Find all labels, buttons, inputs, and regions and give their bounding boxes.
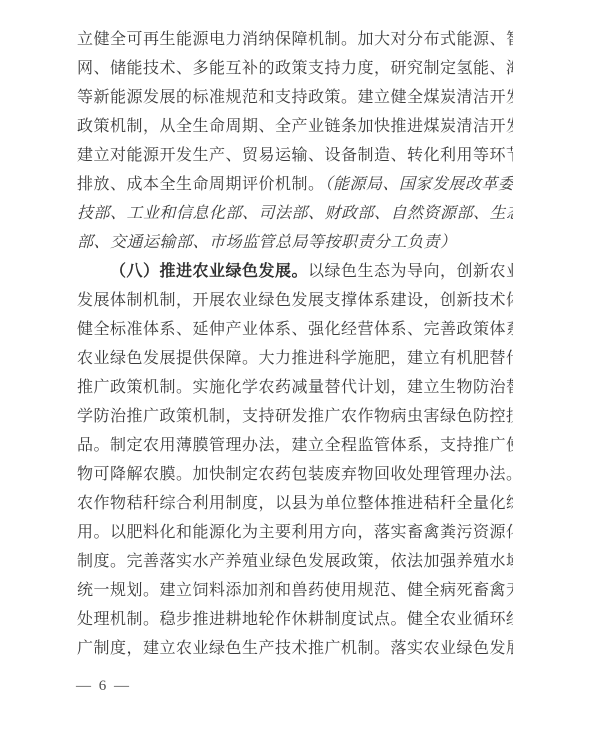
text-line: 学防治推广政策机制，支持研发推广农作物病虫害绿色防控技术产 bbox=[77, 402, 513, 431]
responsible-departments: （能源局、国家发展改革委、科 bbox=[325, 176, 513, 193]
text-line: 技部、工业和信息化部、司法部、财政部、自然资源部、生态环境 bbox=[77, 199, 513, 228]
text-line: 制度。完善落实水产养殖业绿色发展政策，依法加强养殖水域滩涂 bbox=[77, 547, 513, 576]
document-body: 立健全可再生能源电力消纳保障机制。加大对分布式能源、智能电网、储能技术、多能互补… bbox=[77, 25, 513, 663]
text-line: 排放、成本全生命周期评价机制。（能源局、国家发展改革委、科 bbox=[77, 170, 513, 199]
text-line: 物可降解农膜。加快制定农药包装废弃物回收处理管理办法。完善 bbox=[77, 460, 513, 489]
body-text: 处理机制。稳步推进耕地轮作休耕制度试点。健全农业循环经济推 bbox=[77, 611, 513, 628]
body-text: 立健全可再生能源电力消纳保障机制。加大对分布式能源、智能电 bbox=[77, 31, 513, 48]
responsible-departments: 部、交通运输部、市场监管总局等按职责分工负责） bbox=[77, 234, 457, 251]
body-text: 以绿色生态为导向，创新农业绿色 bbox=[308, 263, 513, 280]
text-line: 发展体制机制，开展农业绿色发展支撑体系建设，创新技术体系、 bbox=[77, 286, 513, 315]
text-line: 农业绿色发展提供保障。大力推进科学施肥，建立有机肥替代化肥 bbox=[77, 344, 513, 373]
text-line: 建立对能源开发生产、贸易运输、设备制造、转化利用等环节能耗、 bbox=[77, 141, 513, 170]
body-text: 学防治推广政策机制，支持研发推广农作物病虫害绿色防控技术产 bbox=[77, 408, 513, 425]
text-line: （八）推进农业绿色发展。以绿色生态为导向，创新农业绿色 bbox=[77, 257, 513, 286]
body-text: 农作物秸秆综合利用制度，以县为单位整体推进秸秆全量化综合利 bbox=[77, 495, 513, 512]
document-page: 立健全可再生能源电力消纳保障机制。加大对分布式能源、智能电网、储能技术、多能互补… bbox=[0, 0, 591, 731]
text-line: 网、储能技术、多能互补的政策支持力度，研究制定氢能、海洋能 bbox=[77, 54, 513, 83]
text-line: 政策机制，从全生命周期、全产业链条加快推进煤炭清洁开发利用。 bbox=[77, 112, 513, 141]
body-text: 发展体制机制，开展农业绿色发展支撑体系建设，创新技术体系、 bbox=[77, 292, 513, 309]
text-line: 等新能源发展的标准规范和支持政策。建立健全煤炭清洁开发利用 bbox=[77, 83, 513, 112]
body-text: 政策机制，从全生命周期、全产业链条加快推进煤炭清洁开发利用。 bbox=[77, 118, 513, 135]
text-line: 广制度，建立农业绿色生产技术推广机制。落实农业绿色发展税收 bbox=[77, 634, 513, 663]
body-text: 等新能源发展的标准规范和支持政策。建立健全煤炭清洁开发利用 bbox=[77, 89, 513, 106]
body-text: 品。制定农用薄膜管理办法，建立全程监管体系，支持推广使用生 bbox=[77, 437, 513, 454]
text-line: 推广政策机制。实施化学农药减量替代计划，建立生物防治替代化 bbox=[77, 373, 513, 402]
text-line: 处理机制。稳步推进耕地轮作休耕制度试点。健全农业循环经济推 bbox=[77, 605, 513, 634]
body-text: 健全标准体系、延伸产业体系、强化经营体系、完善政策体系，为 bbox=[77, 321, 513, 338]
body-text: 物可降解农膜。加快制定农药包装废弃物回收处理管理办法。完善 bbox=[77, 466, 513, 483]
responsible-departments: 技部、工业和信息化部、司法部、财政部、自然资源部、生态环境 bbox=[77, 205, 513, 222]
page-number: — 6 — bbox=[76, 676, 131, 696]
text-line: 立健全可再生能源电力消纳保障机制。加大对分布式能源、智能电 bbox=[77, 25, 513, 54]
section-heading: （八）推进农业绿色发展。 bbox=[110, 263, 308, 280]
body-text: 建立对能源开发生产、贸易运输、设备制造、转化利用等环节能耗、 bbox=[77, 147, 513, 164]
body-text: 广制度，建立农业绿色生产技术推广机制。落实农业绿色发展税收 bbox=[77, 640, 513, 657]
body-text: 制度。完善落实水产养殖业绿色发展政策，依法加强养殖水域滩涂 bbox=[77, 553, 513, 570]
text-line: 统一规划。建立饲料添加剂和兽药使用规范、健全病死畜禽无害化 bbox=[77, 576, 513, 605]
body-text: 推广政策机制。实施化学农药减量替代计划，建立生物防治替代化 bbox=[77, 379, 513, 396]
body-text: 网、储能技术、多能互补的政策支持力度，研究制定氢能、海洋能 bbox=[77, 60, 513, 77]
text-line: 农作物秸秆综合利用制度，以县为单位整体推进秸秆全量化综合利 bbox=[77, 489, 513, 518]
body-text: 农业绿色发展提供保障。大力推进科学施肥，建立有机肥替代化肥 bbox=[77, 350, 513, 367]
body-text: 排放、成本全生命周期评价机制。 bbox=[77, 176, 325, 193]
body-text: 用。以肥料化和能源化为主要利用方向，落实畜禽粪污资源化利用 bbox=[77, 524, 513, 541]
text-line: 用。以肥料化和能源化为主要利用方向，落实畜禽粪污资源化利用 bbox=[77, 518, 513, 547]
body-text: 统一规划。建立饲料添加剂和兽药使用规范、健全病死畜禽无害化 bbox=[77, 582, 513, 599]
text-line: 品。制定农用薄膜管理办法，建立全程监管体系，支持推广使用生 bbox=[77, 431, 513, 460]
text-line: 健全标准体系、延伸产业体系、强化经营体系、完善政策体系，为 bbox=[77, 315, 513, 344]
text-line: 部、交通运输部、市场监管总局等按职责分工负责） bbox=[77, 228, 513, 257]
